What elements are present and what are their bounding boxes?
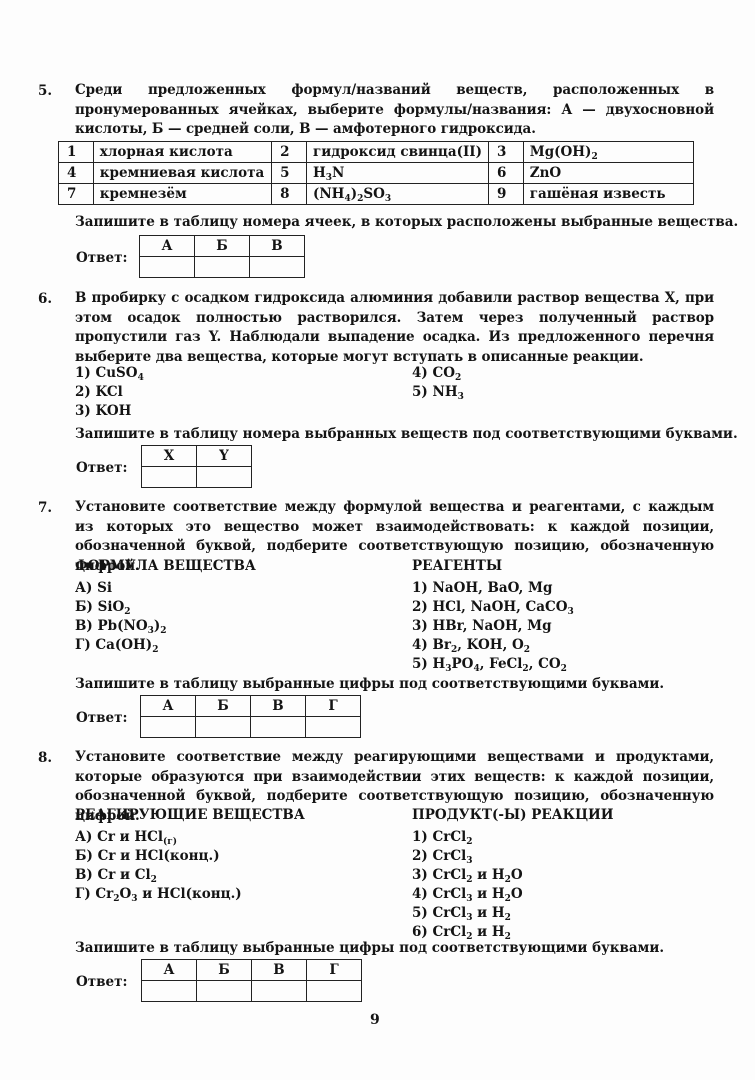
cell-number: 1 (59, 142, 94, 163)
answer-cell-input[interactable] (195, 257, 250, 278)
reactant-item: В) Cr и Cl2 (75, 867, 157, 883)
question-8-instruction: Запишите в таблицу выбранные цифры под с… (75, 940, 664, 956)
formula-item: В) Pb(NO3)2 (75, 618, 167, 634)
answer-column-header: Г (307, 960, 362, 981)
reactant-item: А) Cr и HCl(г) (75, 829, 177, 845)
reagent-item: 2) HCl, NaOH, CaCO3 (412, 599, 574, 615)
answer-cell-input[interactable] (307, 981, 362, 1002)
question-6-text: В пробирку с осадком гидроксида алюминия… (75, 289, 714, 367)
answer-column-header: А (140, 236, 195, 257)
reagent-item: 4) Br2, KOH, O2 (412, 637, 530, 653)
answer-cell-input[interactable] (197, 467, 252, 488)
answer-column-header: Б (197, 960, 252, 981)
answer-cell-input[interactable] (251, 717, 306, 738)
answer-cell-input[interactable] (252, 981, 307, 1002)
answer-cell-input[interactable] (306, 717, 361, 738)
answer-cell-input[interactable] (197, 981, 252, 1002)
question-7-left-heading: ФОРМУЛА ВЕЩЕСТВА (75, 558, 256, 574)
cell-number: 4 (59, 163, 94, 184)
question-6-answer-label: Ответ: (76, 460, 127, 476)
cell-substance: хлорная кислота (93, 142, 271, 163)
answer-cell-input[interactable] (196, 717, 251, 738)
question-8-left-heading: РЕАГИРУЮЩИЕ ВЕЩЕСТВА (75, 807, 305, 823)
question-5-number: 5. (38, 83, 52, 99)
cell-substance: Mg(OH)2 (523, 142, 693, 163)
answer-column-header: В (250, 236, 305, 257)
cell-number: 3 (488, 142, 523, 163)
cell-substance: ZnO (523, 163, 693, 184)
answer-column-header: Б (196, 696, 251, 717)
substances-row: 4кремниевая кислота5H3N6ZnO (59, 163, 694, 184)
question-5-answer-label: Ответ: (76, 250, 127, 266)
option-item: 4) CO2 (412, 365, 461, 381)
answer-column-header: Г (306, 696, 361, 717)
option-item: 2) KCl (75, 384, 123, 400)
formula-item: А) Si (75, 580, 112, 596)
reactant-item: Г) Cr2O3 и HCl(конц.) (75, 886, 242, 902)
page-number: 9 (370, 1012, 380, 1028)
substances-row: 7кремнезём8(NH4)2SO39гашёная известь (59, 184, 694, 205)
question-6-instruction: Запишите в таблицу номера выбранных веще… (75, 426, 738, 442)
product-item: 2) CrCl3 (412, 848, 472, 864)
answer-column-header: Y (197, 446, 252, 467)
reagent-item: 3) HBr, NaOH, Mg (412, 618, 552, 634)
cell-number: 6 (488, 163, 523, 184)
option-item: 1) CuSO4 (75, 365, 144, 381)
cell-number: 8 (272, 184, 307, 205)
answer-column-header: В (252, 960, 307, 981)
answer-column-header: Б (195, 236, 250, 257)
question-7-instruction: Запишите в таблицу выбранные цифры под с… (75, 676, 664, 692)
question-7-answer-table: АБВГ (140, 695, 361, 738)
product-item: 1) CrCl2 (412, 829, 472, 845)
cell-number: 5 (272, 163, 307, 184)
product-item: 3) CrCl2 и H2O (412, 867, 523, 883)
cell-substance: гашёная известь (523, 184, 693, 205)
cell-number: 7 (59, 184, 94, 205)
answer-cell-input[interactable] (140, 257, 195, 278)
question-6-answer-table: XY (141, 445, 252, 488)
answer-cell-input[interactable] (250, 257, 305, 278)
formula-item: Б) SiO2 (75, 599, 131, 615)
question-5-answer-table: АБВ (139, 235, 305, 278)
question-7-right-heading: РЕАГЕНТЫ (412, 558, 502, 574)
answer-column-header: А (142, 960, 197, 981)
substances-row: 1хлорная кислота2гидроксид свинца(II)3Mg… (59, 142, 694, 163)
answer-column-header: X (142, 446, 197, 467)
cell-substance: кремнезём (93, 184, 271, 205)
product-item: 4) CrCl3 и H2O (412, 886, 523, 902)
product-item: 5) CrCl3 и H2 (412, 905, 511, 921)
question-7-number: 7. (38, 500, 52, 516)
reactant-item: Б) Cr и HCl(конц.) (75, 848, 220, 864)
cell-substance: гидроксид свинца(II) (306, 142, 488, 163)
question-5-instruction: Запишите в таблицу номера ячеек, в котор… (75, 214, 738, 230)
answer-column-header: В (251, 696, 306, 717)
answer-cell-input[interactable] (142, 467, 197, 488)
question-8-answer-table: АБВГ (141, 959, 362, 1002)
question-8-number: 8. (38, 750, 52, 766)
cell-substance: кремниевая кислота (93, 163, 271, 184)
cell-number: 2 (272, 142, 307, 163)
question-5-substances-table: 1хлорная кислота2гидроксид свинца(II)3Mg… (58, 141, 694, 205)
question-7-answer-label: Ответ: (76, 710, 127, 726)
question-6-number: 6. (38, 291, 52, 307)
question-5-text: Среди предложенных формул/названий вещес… (75, 81, 714, 140)
question-8-right-heading: ПРОДУКТ(-Ы) РЕАКЦИИ (412, 807, 614, 823)
question-8-answer-label: Ответ: (76, 974, 127, 990)
cell-number: 9 (488, 184, 523, 205)
answer-cell-input[interactable] (142, 981, 197, 1002)
answer-column-header: А (141, 696, 196, 717)
formula-item: Г) Ca(OH)2 (75, 637, 158, 653)
product-item: 6) CrCl2 и H2 (412, 924, 511, 940)
answer-cell-input[interactable] (141, 717, 196, 738)
cell-substance: (NH4)2SO3 (306, 184, 488, 205)
option-item: 3) KOH (75, 403, 131, 419)
option-item: 5) NH3 (412, 384, 464, 400)
reagent-item: 5) H3PO4, FeCl2, CO2 (412, 656, 567, 672)
cell-substance: H3N (306, 163, 488, 184)
reagent-item: 1) NaOH, BaO, Mg (412, 580, 552, 596)
